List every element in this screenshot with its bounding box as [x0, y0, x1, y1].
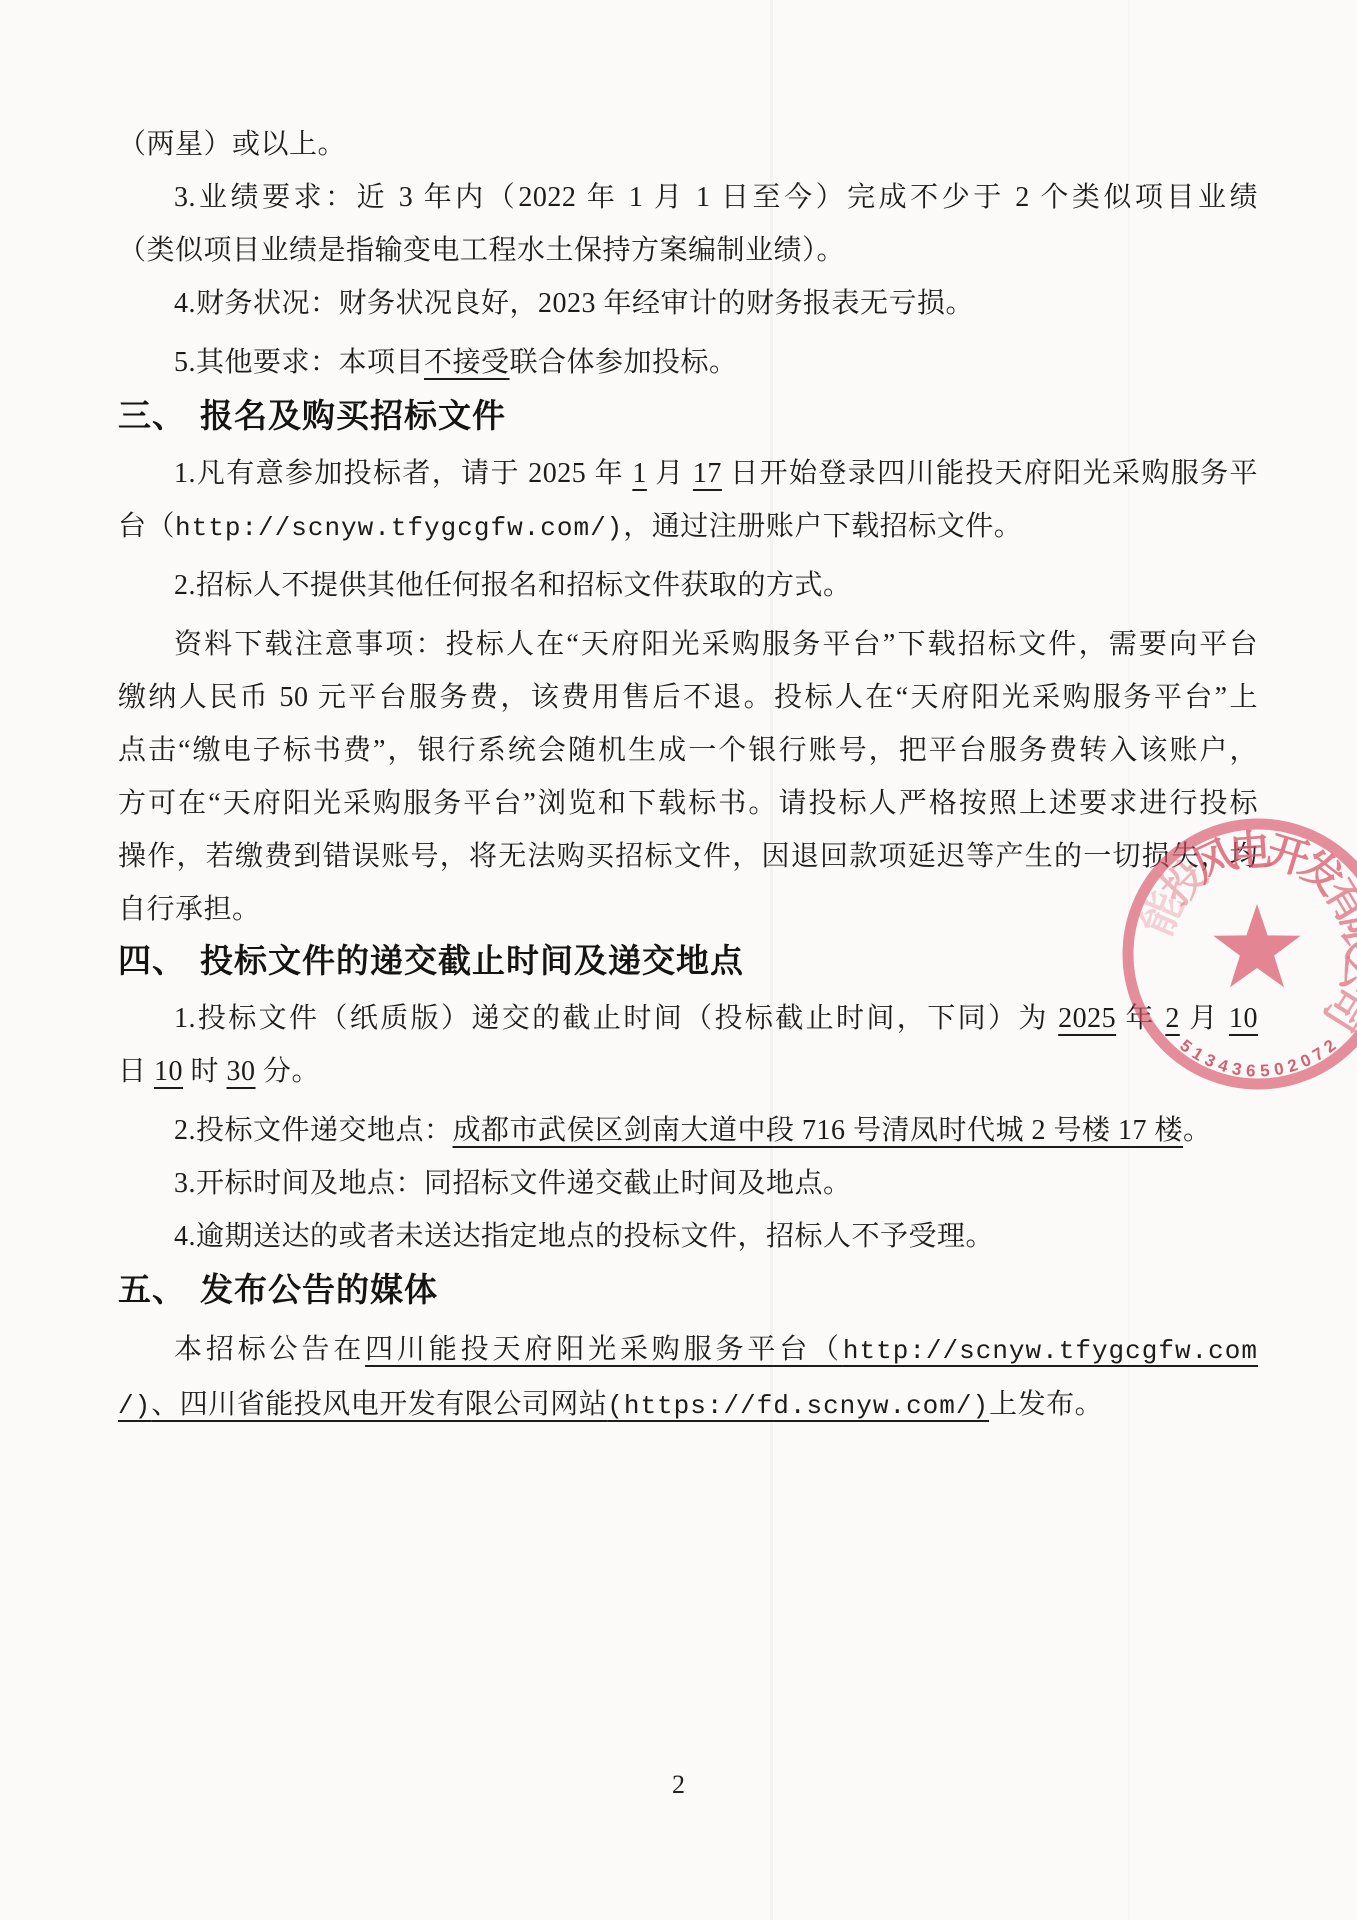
section3-item2: 2.招标人不提供其他任何报名和招标文件获取的方式。 — [118, 559, 1258, 612]
download-note-line2: 缴纳人民币 50 元平台服务费，该费用售后不退。投标人在“天府阳光采购服务平台”… — [118, 671, 1258, 724]
company-website-url: (https://fd.scnyw.com/) — [607, 1391, 989, 1421]
deadline-minute-underline: 30 — [227, 1056, 256, 1087]
seal-arc-char: 司 — [1315, 979, 1357, 1040]
download-note-line5: 操作，若缴费到错误账号，将无法购买招标文件，因退回款项延迟等产生的一切损失，均 — [118, 830, 1258, 883]
download-note-line3: 点击“缴电子标书费”，银行系统会随机生成一个银行账号，把平台服务费转入该账户， — [118, 724, 1258, 777]
no-consortium-underline: 不接受 — [424, 347, 510, 378]
item-performance-requirement-line2: （类似项目业绩是指输变电工程水土保持方案编制业绩）。 — [118, 224, 1258, 277]
deadline-hour-underline: 10 — [154, 1056, 183, 1087]
seal-serial-digit: 2 — [1320, 1036, 1339, 1057]
download-note-line4: 方可在“天府阳光采购服务平台”浏览和下载标书。请投标人严格按照上述要求进行投标 — [118, 777, 1258, 830]
seal-arc-char: 公 — [1332, 949, 1357, 999]
start-day-underline: 17 — [693, 458, 722, 489]
download-note-line1: 资料下载注意事项：投标人在“天府阳光采购服务平台”下载招标文件，需要向平台 — [118, 618, 1258, 671]
deadline-year-underline: 2025 — [1058, 1003, 1116, 1034]
item-other-requirement: 5.其他要求：本项目不接受联合体参加投标。 — [118, 336, 1258, 389]
seal-serial-digit: 2 — [1285, 1055, 1300, 1076]
section4-item1-line1: 1.投标文件（纸质版）递交的截止时间（投标截止时间，下同）为 2025 年 2 … — [118, 992, 1258, 1045]
section4-item1-line2: 日 10 时 30 分。 — [118, 1045, 1258, 1098]
seal-serial-digit: 0 — [1273, 1059, 1286, 1079]
seal-serial-digit: 0 — [1298, 1050, 1314, 1071]
section5-paragraph-line1: 本招标公告在四川能投天府阳光采购服务平台（http://scnyw.tfygcg… — [118, 1323, 1258, 1378]
section3-heading: 三、报名及购买招标文件 — [118, 393, 1258, 439]
seal-serial-digit: 7 — [1309, 1044, 1327, 1065]
submission-address-underline: 成都市武侯区剑南大道中段 716 号清凤时代城 2 号楼 17 楼 — [453, 1115, 1184, 1146]
download-note-line6: 自行承担。 — [118, 883, 1258, 936]
deadline-month-underline: 2 — [1165, 1003, 1180, 1034]
announcement-platform-underline: 四川能投天府阳光采购服务平台（ — [365, 1334, 843, 1365]
seal-arc-char: 发 — [1291, 841, 1353, 904]
scanned-tender-document-page: （两星）或以上。 3.业绩要求：近 3 年内（2022 年 1 月 1 日至今）… — [0, 0, 1357, 1920]
paragraph-continuation: （两星）或以上。 — [118, 118, 1258, 171]
document-body: （两星）或以上。 3.业绩要求：近 3 年内（2022 年 1 月 1 日至今）… — [118, 118, 1258, 1433]
seal-serial-digit: 5 — [1260, 1061, 1271, 1081]
section3-item1-line1: 1.凡有意参加投标者，请于 2025 年 1 月 17 日开始登录四川能投天府阳… — [118, 447, 1258, 500]
procurement-platform-url: http://scnyw.tfygcgfw.com/) — [175, 513, 623, 543]
page-number: 2 — [0, 1770, 1357, 1800]
section4-item2: 2.投标文件递交地点：成都市武侯区剑南大道中段 716 号清凤时代城 2 号楼 … — [118, 1104, 1258, 1157]
announcement-platform-url: http://scnyw.tfygcgfw.com — [843, 1336, 1258, 1366]
section5-heading: 五、发布公告的媒体 — [118, 1267, 1258, 1313]
seal-arc-char: 开 — [1261, 827, 1315, 884]
seal-arc-char: 有 — [1316, 871, 1357, 931]
section4-heading: 四、投标文件的递交截止时间及递交地点 — [118, 938, 1258, 984]
deadline-day-underline: 10 — [1229, 1003, 1258, 1034]
section4-item3: 3.开标时间及地点：同招标文件递交截止时间及地点。 — [118, 1157, 1258, 1210]
section4-item4: 4.逾期送达的或者未送达指定地点的投标文件，招标人不予受理。 — [118, 1210, 1258, 1263]
item-performance-requirement-line1: 3.业绩要求：近 3 年内（2022 年 1 月 1 日至今）完成不少于 2 个… — [118, 171, 1258, 224]
seal-arc-char: 限 — [1333, 911, 1357, 961]
section3-item1-line2: 台（http://scnyw.tfygcgfw.com/)，通过注册账户下载招标… — [118, 500, 1258, 555]
start-month-underline: 1 — [632, 458, 647, 489]
section5-paragraph-line2: /)、四川省能投风电开发有限公司网站(https://fd.scnyw.com/… — [118, 1378, 1258, 1433]
company-website-underline: 、四川省能投风电开发有限公司网站 — [151, 1389, 607, 1420]
item-financial-status: 4.财务状况：财务状况良好，2023 年经审计的财务报表无亏损。 — [118, 277, 1258, 330]
